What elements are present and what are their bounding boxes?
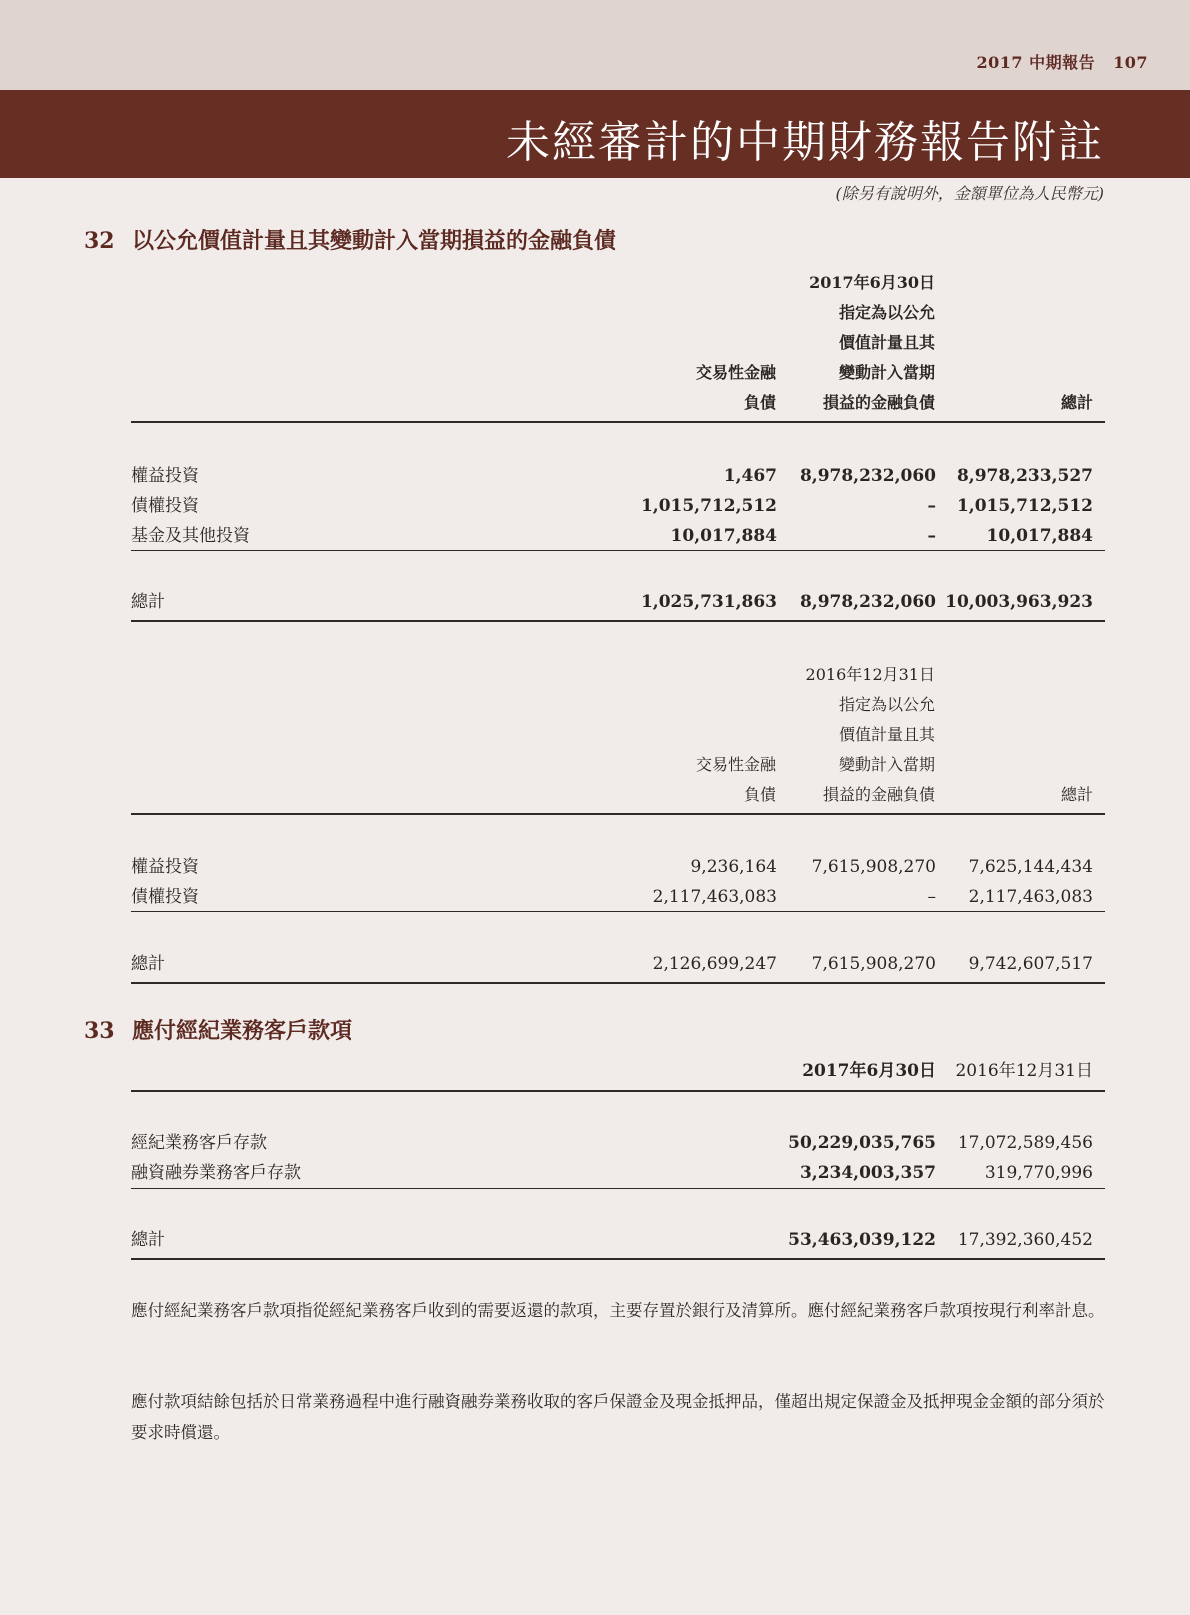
- header-line: 價值計量且其: [806, 720, 935, 750]
- period2-col3-header: 總計: [1061, 780, 1093, 810]
- cell: –: [928, 521, 937, 551]
- row-label: 債權投資: [131, 882, 199, 912]
- header-row: 2017年6月30日 2016年12月31日: [131, 1056, 1105, 1086]
- table-row: 債權投資 1,015,712,512 – 1,015,712,512: [131, 491, 1105, 521]
- subtotal-rule: [131, 550, 1105, 551]
- header-line: 交易性金融: [696, 750, 776, 780]
- row-label: 總計: [131, 949, 165, 979]
- cell: 17,072,589,456: [958, 1128, 1093, 1158]
- header-line: 指定為以公允: [809, 298, 935, 328]
- header-line: 總計: [1061, 388, 1093, 418]
- row-label: 權益投資: [131, 852, 199, 882]
- title-band: 未經審計的中期財務報告附註: [0, 90, 1190, 178]
- note-title: 應付經紀業務客戶款項: [132, 1018, 352, 1044]
- running-head: 2017 中期報告107: [976, 50, 1148, 73]
- header-line: 變動計入當期: [809, 358, 935, 388]
- cell: 10,003,963,923: [945, 587, 1093, 617]
- top-band: [0, 0, 1190, 90]
- header-line: 交易性金融: [696, 358, 776, 388]
- subtotal-rule: [131, 911, 1105, 912]
- cell: 319,770,996: [985, 1158, 1093, 1188]
- total-rule: [131, 1258, 1105, 1260]
- header-line: 價值計量且其: [809, 328, 935, 358]
- cell: 8,978,232,060: [800, 587, 936, 617]
- cell: 17,392,360,452: [958, 1225, 1093, 1255]
- cell: 7,625,144,434: [969, 852, 1093, 882]
- table-row: 權益投資 1,467 8,978,232,060 8,978,233,527: [131, 461, 1105, 491]
- note-number: 33: [84, 1018, 132, 1044]
- period2-col2-header: 2016年12月31日 指定為以公允 價值計量且其 變動計入當期 損益的金融負債: [806, 660, 935, 810]
- row-label: 基金及其他投資: [131, 521, 250, 551]
- row-label: 債權投資: [131, 491, 199, 521]
- period-date: 2017年6月30日: [809, 268, 935, 298]
- cell: 2,117,463,083: [969, 882, 1093, 912]
- total-row: 總計 2,126,699,247 7,615,908,270 9,742,607…: [131, 949, 1105, 979]
- period1-col1-header: 交易性金融 負債: [696, 358, 776, 418]
- page-number: 107: [1113, 53, 1148, 72]
- subtotal-rule: [131, 1188, 1105, 1189]
- table-row: 基金及其他投資 10,017,884 – 10,017,884: [131, 521, 1105, 551]
- header-rule: [131, 1090, 1105, 1092]
- cell: 9,236,164: [690, 852, 777, 882]
- cell: 2,117,463,083: [653, 882, 777, 912]
- table-row: 債權投資 2,117,463,083 – 2,117,463,083: [131, 882, 1105, 912]
- cell: 10,017,884: [987, 521, 1093, 551]
- row-label: 權益投資: [131, 461, 199, 491]
- table-row: 融資融券業務客戶存款 3,234,003,357 319,770,996: [131, 1158, 1105, 1188]
- total-rule: [131, 982, 1105, 984]
- header-line: 損益的金融負債: [806, 780, 935, 810]
- cell: 1,015,712,512: [641, 491, 777, 521]
- row-label: 融資融券業務客戶存款: [131, 1158, 301, 1188]
- cell: 9,742,607,517: [969, 949, 1093, 979]
- cell: 53,463,039,122: [788, 1225, 936, 1255]
- header-rule: [131, 813, 1105, 815]
- note-number: 32: [84, 228, 132, 254]
- page-title: 未經審計的中期財務報告附註: [506, 106, 1104, 170]
- table-row: 經紀業務客戶存款 50,229,035,765 17,072,589,456: [131, 1128, 1105, 1158]
- period-date: 2016年12月31日: [806, 660, 935, 690]
- cell: 1,025,731,863: [641, 587, 777, 617]
- header-rule: [131, 421, 1105, 423]
- cell: 7,615,908,270: [812, 852, 936, 882]
- cell: 10,017,884: [671, 521, 777, 551]
- cell: –: [928, 882, 937, 912]
- column-header-current: 2017年6月30日: [802, 1056, 936, 1086]
- header-line: 負債: [696, 780, 776, 810]
- row-label: 總計: [131, 1225, 165, 1255]
- cell: 3,234,003,357: [800, 1158, 936, 1188]
- table-row: 權益投資 9,236,164 7,615,908,270 7,625,144,4…: [131, 852, 1105, 882]
- note-title: 以公允價值計量且其變動計入當期損益的金融負債: [132, 228, 616, 254]
- header-line: 損益的金融負債: [809, 388, 935, 418]
- header-line: 負債: [696, 388, 776, 418]
- header-line: 指定為以公允: [806, 690, 935, 720]
- row-label: 總計: [131, 587, 165, 617]
- total-row: 總計 1,025,731,863 8,978,232,060 10,003,96…: [131, 587, 1105, 617]
- note-33-heading: 33應付經紀業務客戶款項: [84, 1014, 352, 1045]
- period2-col1-header: 交易性金融 負債: [696, 750, 776, 810]
- total-row: 總計 53,463,039,122 17,392,360,452: [131, 1225, 1105, 1255]
- cell: 50,229,035,765: [788, 1128, 936, 1158]
- report-label: 2017 中期報告: [976, 53, 1095, 72]
- total-rule: [131, 620, 1105, 622]
- header-line: 變動計入當期: [806, 750, 935, 780]
- cell: 7,615,908,270: [812, 949, 936, 979]
- cell: 2,126,699,247: [653, 949, 777, 979]
- cell: 8,978,232,060: [800, 461, 936, 491]
- row-label: 經紀業務客戶存款: [131, 1128, 267, 1158]
- period1-col2-header: 2017年6月30日 指定為以公允 價值計量且其 變動計入當期 損益的金融負債: [809, 268, 935, 418]
- period1-col3-header: 總計: [1061, 388, 1093, 418]
- unit-note: (除另有說明外，金額單位為人民幣元): [836, 181, 1105, 204]
- paragraph: 應付款項結餘包括於日常業務過程中進行融資融券業務收取的客戶保證金及現金抵押品，僅…: [131, 1386, 1105, 1448]
- header-line: 總計: [1061, 780, 1093, 810]
- cell: 1,467: [724, 461, 777, 491]
- cell: –: [928, 491, 937, 521]
- note-32-heading: 32以公允價值計量且其變動計入當期損益的金融負債: [84, 224, 616, 255]
- column-header-prior: 2016年12月31日: [955, 1056, 1093, 1086]
- cell: 1,015,712,512: [957, 491, 1093, 521]
- paragraph: 應付經紀業務客戶款項指從經紀業務客戶收到的需要返還的款項，主要存置於銀行及清算所…: [131, 1295, 1105, 1326]
- cell: 8,978,233,527: [957, 461, 1093, 491]
